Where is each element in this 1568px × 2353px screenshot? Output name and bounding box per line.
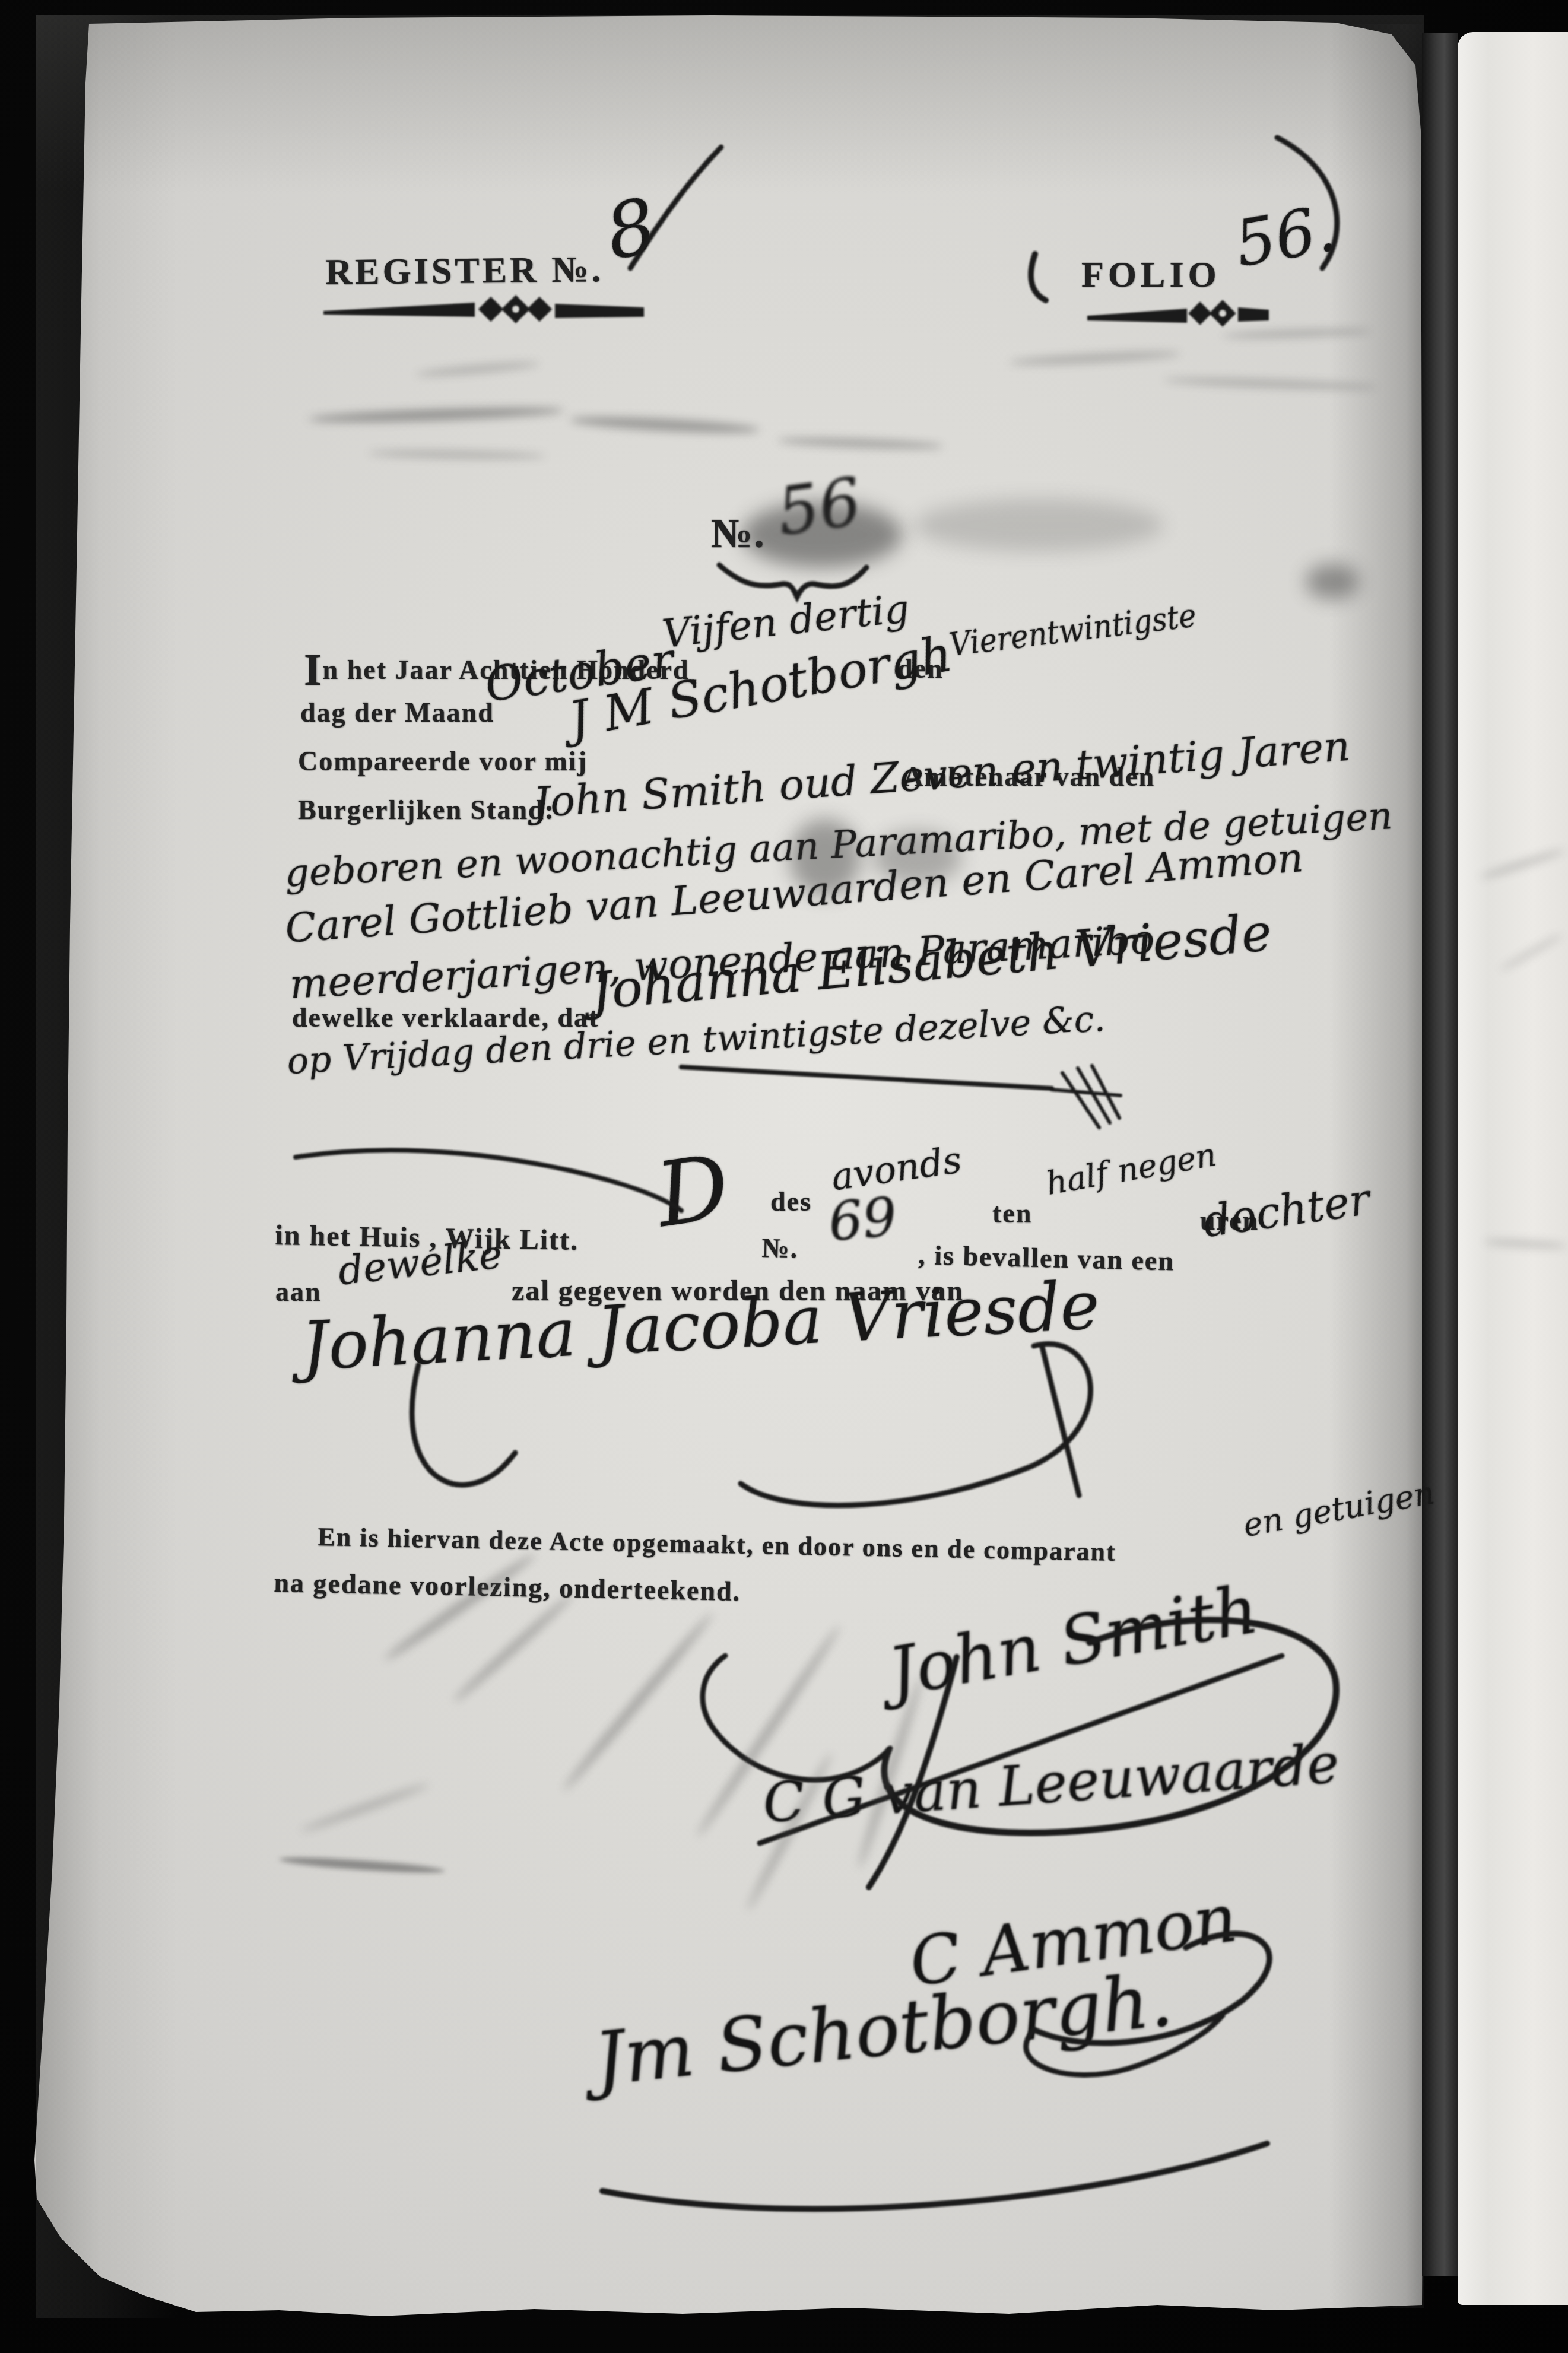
name-cross-stroke — [1042, 1347, 1079, 1495]
end-squiggle — [1052, 1066, 1121, 1128]
scan-background: REGISTER №. 8 FOLIO 56. №. 56 In het Jaa… — [0, 0, 1568, 2353]
ink-blot — [914, 498, 1163, 552]
signature-registrar-underline — [602, 2144, 1267, 2209]
strike-through — [681, 1067, 1052, 1088]
signature-comparant-cross — [760, 1656, 1282, 1843]
ornamental-rule-folio — [1087, 300, 1269, 326]
filler-flourish — [296, 1150, 681, 1211]
pen-flourishes — [0, 0, 1568, 2353]
ink-blot — [1306, 564, 1359, 599]
act-number-brace — [719, 565, 866, 597]
ink-blot — [789, 819, 861, 896]
folio-ink-mark — [1031, 254, 1046, 300]
name-tail-flourish — [741, 1344, 1090, 1506]
ink-blot — [742, 502, 902, 567]
signature-ammon-loop — [1034, 1934, 1269, 2043]
ornamental-rule-register — [323, 295, 644, 323]
signature-comparant-swash — [703, 1656, 890, 1780]
folio-number-flourish — [1277, 138, 1337, 268]
register-number-flourish — [630, 147, 721, 268]
ink-blot — [872, 831, 961, 884]
name-descender-flourish — [412, 1365, 515, 1485]
signature-comparant-loop — [884, 1620, 1337, 1833]
